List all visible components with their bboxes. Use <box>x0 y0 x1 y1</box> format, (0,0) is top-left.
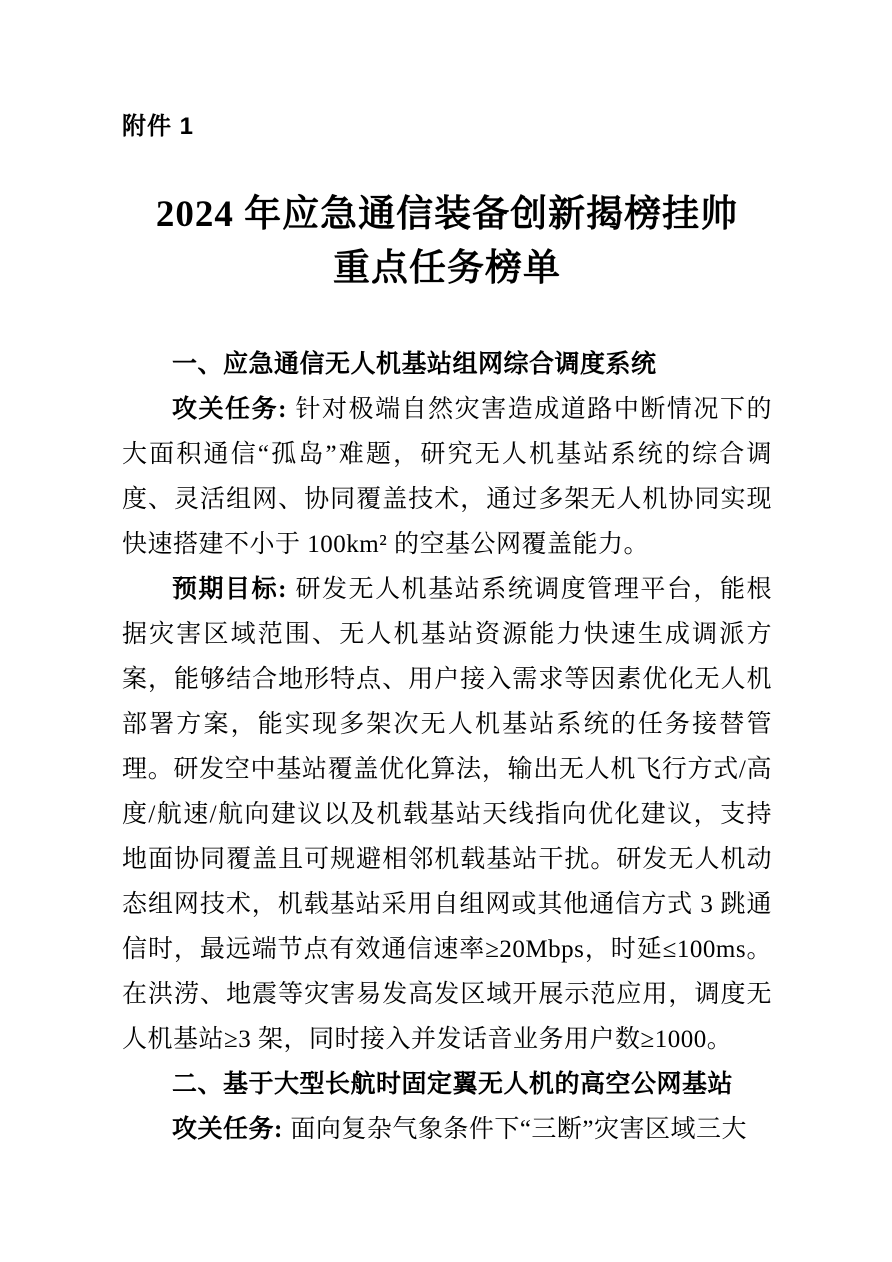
tasks-label: 攻关任务: <box>172 396 287 423</box>
attachment-label: 附件 1 <box>122 112 772 142</box>
goals-label: 预期目标: <box>172 576 287 603</box>
tasks-label-2: 攻关任务: <box>172 1116 283 1143</box>
section-2-paragraph-tasks: 攻关任务:面向复杂气象条件下“三断”灾害区域三大 <box>122 1107 772 1152</box>
section-1-paragraph-goals: 预期目标:研发无人机基站系统调度管理平台，能根据灾害区域范围、无人机基站资源能力… <box>122 567 772 1062</box>
section-1-heading: 一、应急通信无人机基站组网综合调度系统 <box>122 342 772 387</box>
tasks-text-2: 面向复杂气象条件下“三断”灾害区域三大 <box>290 1116 747 1143</box>
document-title: 2024 年应急通信装备创新揭榜挂帅 重点任务榜单 <box>122 188 772 296</box>
section-1-paragraph-tasks: 攻关任务:针对极端自然灾害造成道路中断情况下的大面积通信“孤岛”难题，研究无人机… <box>122 387 772 567</box>
document-page: 附件 1 2024 年应急通信装备创新揭榜挂帅 重点任务榜单 一、应急通信无人机… <box>0 0 892 1262</box>
document-title-line-2: 重点任务榜单 <box>122 242 772 296</box>
document-title-line-1: 2024 年应急通信装备创新揭榜挂帅 <box>122 188 772 242</box>
goals-text: 研发无人机基站系统调度管理平台，能根据灾害区域范围、无人机基站资源能力快速生成调… <box>122 576 772 1053</box>
section-2-heading: 二、基于大型长航时固定翼无人机的高空公网基站 <box>122 1062 772 1107</box>
